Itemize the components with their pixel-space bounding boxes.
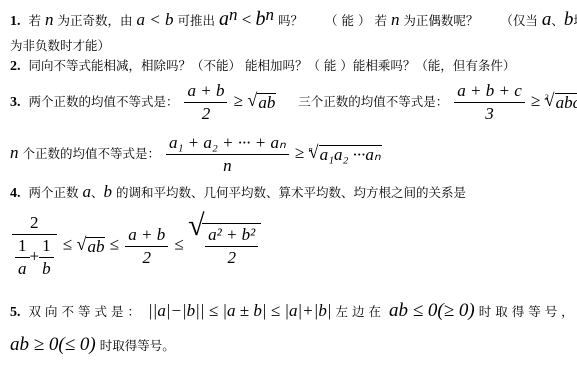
sqrt: √ab [247, 93, 276, 112]
answer: （ 能 ） [325, 13, 370, 28]
denominator: 2 [184, 102, 227, 125]
math-var-n: n [45, 10, 54, 29]
math-a: a [82, 182, 91, 201]
numerator: a + b + c [454, 80, 525, 102]
text: 若 [374, 13, 387, 28]
radicand: ab [257, 93, 276, 112]
item-number: 3. [10, 95, 21, 110]
separator: 、 [91, 185, 104, 200]
text: 个正数的均值不等式是： [19, 146, 160, 161]
text: 可推出 [177, 13, 215, 28]
item-number: 2. [10, 59, 21, 74]
radicand: a₁a₂ ···aₙ [319, 145, 382, 164]
math-b: b [256, 8, 266, 30]
item-1-line-2: 为非负数时才能） [10, 37, 110, 55]
text: 双向不等式是： [28, 304, 144, 319]
denominator: 2 [205, 246, 258, 269]
nth-root: n√a₁a₂ ···aₙ [309, 145, 382, 164]
text: 为正奇数，由 [57, 13, 132, 28]
math-le: ≤ [59, 235, 77, 254]
item-number: 4. [10, 186, 21, 201]
text: 两个正数 [28, 185, 78, 200]
numerator: a + b [184, 80, 227, 102]
text: 均 [573, 13, 577, 28]
numerator: a² + b² [205, 224, 258, 246]
text: 吗？ [278, 13, 303, 28]
math-b: b [564, 9, 574, 30]
root-mean-square: √a² + b²2 [188, 223, 261, 269]
item-3-line-2: n 个正数的均值不等式是： a₁ + a₂ + ··· + aₙ n ≥ n√a… [10, 132, 382, 177]
math-var-n: n [10, 143, 19, 162]
denominator: a [15, 257, 30, 280]
fraction-three-mean: a + b + c 3 [454, 80, 525, 125]
arithmetic-mean: a + b 2 [125, 224, 168, 269]
text: 左边在 [335, 304, 385, 319]
harmonic-mean: 2 1a+1b [12, 212, 57, 280]
denominator: 1a+1b [12, 234, 57, 280]
math-plus: + [30, 246, 40, 265]
text: 同向不等式能相减，相除吗？（不能） 能相加吗？（ 能 ）能相乘吗？（能，但有条件… [28, 58, 515, 73]
math-a: a [542, 9, 552, 30]
text: （仅当 [500, 13, 538, 28]
item-2: 2. 同向不等式能相减，相除吗？（不能） 能相加吗？（ 能 ）能相乘吗？（能，但… [10, 57, 515, 76]
text: 为非负数时才能） [10, 38, 110, 53]
text: 为正偶数呢？ [403, 13, 478, 28]
math-lt: < [237, 10, 255, 29]
text: 两个正数的均值不等式是： [28, 94, 178, 109]
text: 三个正数的均值不等式是： [298, 94, 448, 109]
denominator: 2 [125, 246, 168, 269]
denominator: n [166, 154, 289, 177]
cube-root: 3√abc [545, 93, 577, 112]
item-number: 1. [10, 14, 21, 29]
numerator: a + b [125, 224, 168, 246]
condition-left: ab ≤ 0(≥ 0) [389, 300, 475, 321]
math-sup: n [266, 5, 275, 24]
numerator: 2 [12, 212, 57, 234]
item-4-line-1: 4. 两个正数 a、b 的调和平均数、几何平均数、算术平均数、均方根之间的关系是 [10, 183, 466, 203]
text: 时取得等号，右边在 [479, 304, 577, 319]
math-var-n: n [391, 10, 400, 29]
geometric-mean: √ab [76, 237, 105, 256]
numerator: a₁ + a₂ + ··· + aₙ [166, 132, 289, 154]
text: 时取得等号。 [100, 338, 175, 353]
text: 的调和平均数、几何平均数、算术平均数、均方根之间的关系是 [116, 185, 466, 200]
item-4-formula: 2 1a+1b ≤ √ab ≤ a + b 2 ≤ √a² + b²2 [10, 212, 261, 280]
item-3-line-1: 3. 两个正数的均值不等式是： a + b 2 ≥ √ab 三个正数的均值不等式… [10, 80, 577, 125]
double-inequality: ||a|−|b|| ≤ |a ± b| ≤ |a|+|b| [148, 301, 332, 320]
text: 若 [28, 13, 41, 28]
math-ge: ≥ [291, 143, 309, 162]
math-condition: a < b [136, 10, 173, 29]
fraction-n-mean: a₁ + a₂ + ··· + aₙ n [166, 132, 289, 177]
math-b: b [104, 182, 113, 201]
denominator: 3 [454, 102, 525, 125]
numerator: 1 [39, 235, 54, 257]
math-a: a [219, 8, 229, 30]
condition-right: ab ≥ 0(≤ 0) [10, 334, 96, 355]
math-ge: ≥ [229, 91, 247, 110]
math-ge: ≥ [527, 91, 545, 110]
radicand: ab [86, 237, 105, 256]
item-number: 5. [10, 305, 21, 320]
item-5-line-2: ab ≥ 0(≤ 0) 时取得等号。 [10, 336, 175, 355]
item-1-line-1: 1. 若 n 为正奇数，由 a < b 可推出 an < bn 吗？ （ 能 ）… [10, 6, 577, 31]
separator: 、 [551, 13, 564, 28]
math-le: ≤ [105, 235, 123, 254]
item-5-line-1: 5. 双向不等式是： ||a|−|b|| ≤ |a ± b| ≤ |a|+|b|… [10, 302, 577, 322]
radicand: abc [555, 93, 577, 112]
numerator: 1 [15, 235, 30, 257]
math-le: ≤ [170, 235, 188, 254]
fraction-two-mean: a + b 2 [184, 80, 227, 125]
denominator: b [39, 257, 54, 280]
